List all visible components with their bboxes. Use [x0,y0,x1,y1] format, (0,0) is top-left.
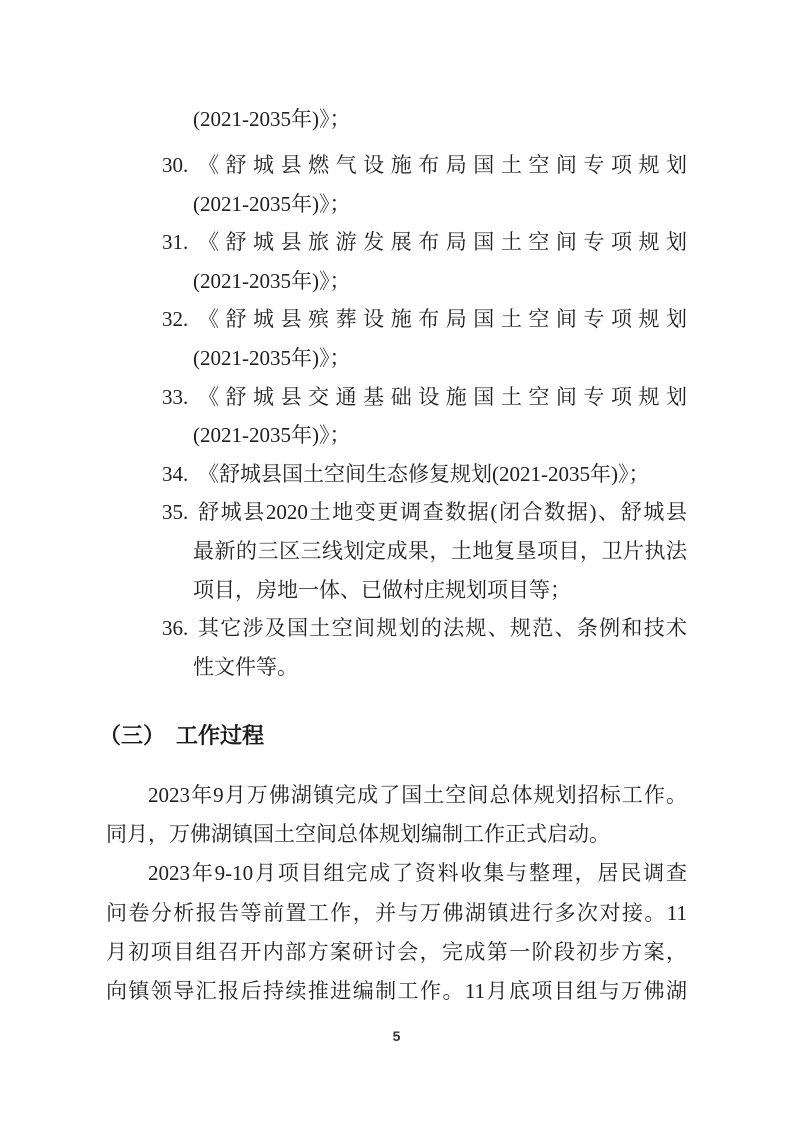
item-title-line: 《舒城县国土空间生态修复规划(2021-2035年)》； [198,455,687,494]
item-title-line: 其它涉及国土空间规划的法规、规范、条例和技术 [198,609,687,648]
list-item-33: 33. 《舒城县交通基础设施国土空间专项规划 [106,378,687,417]
paragraph-line: 向镇领导汇报后持续推进编制工作。11月底项目组与万佛湖 [106,972,687,1011]
item-continuation-line: (2021-2035年)》； [193,339,687,378]
item-title-line: 《舒城县交通基础设施国土空间专项规划 [198,378,687,417]
item-continuation-line: (2021-2035年)》； [193,262,687,301]
item-title-line: 舒城县2020土地变更调查数据(闭合数据)、舒城县 [198,493,687,532]
item-title-line: 《舒城县旅游发展布局国土空间专项规划 [198,223,687,262]
paragraph-line: 月初项目组召开内部方案研讨会，完成第一阶段初步方案， [106,933,687,972]
section-heading: （三） 工作过程 [99,722,264,750]
list-item-34: 34. 《舒城县国土空间生态修复规划(2021-2035年)》； [106,455,687,494]
list-line: 性文件等。 [106,648,687,687]
list-item-31: 31. 《舒城县旅游发展布局国土空间专项规划 [106,223,687,262]
item-continuation-line: 项目，房地一体、已做村庄规划项目等； [193,571,687,610]
item-continuation-line: (2021-2035年)》； [193,185,687,224]
reference-list: (2021-2035年)》； 30. 《舒城县燃气设施布局国土空间专项规划 (2… [106,100,687,686]
page-number: 5 [0,1028,793,1044]
list-item-35: 35. 舒城县2020土地变更调查数据(闭合数据)、舒城县 [106,493,687,532]
body-paragraphs: 2023年9月万佛湖镇完成了国土空间总体规划招标工作。 同月，万佛湖镇国土空间总… [106,776,687,1011]
paragraph-line: 问卷分析报告等前置工作，并与万佛湖镇进行多次对接。11 [106,894,687,933]
list-item-30: 30. 《舒城县燃气设施布局国土空间专项规划 [106,146,687,185]
item-number: 36. [162,609,188,648]
list-line: (2021-2035年)》； [106,339,687,378]
item-number: 30. [162,146,188,185]
list-line: (2021-2035年)》； [106,185,687,224]
list-item-32: 32. 《舒城县殡葬设施布局国土空间专项规划 [106,300,687,339]
item-number: 31. [162,223,188,262]
item-continuation-line: (2021-2035年)》； [193,416,687,455]
paragraph-line: 2023年9-10月项目组完成了资料收集与整理，居民调查 [106,854,687,893]
item-number: 33. [162,378,188,417]
item-title-line: 《舒城县燃气设施布局国土空间专项规划 [198,146,687,185]
list-line: (2021-2035年)》； [106,100,687,139]
item-number: 34. [162,455,188,494]
list-line: (2021-2035年)》； [106,416,687,455]
item-number: 32. [162,300,188,339]
document-page: (2021-2035年)》； 30. 《舒城县燃气设施布局国土空间专项规划 (2… [0,0,793,1122]
list-line: 项目，房地一体、已做村庄规划项目等； [106,571,687,610]
list-line: (2021-2035年)》； [106,262,687,301]
list-line: 最新的三区三线划定成果，土地复垦项目，卫片执法 [106,532,687,571]
paragraph-line: 同月，万佛湖镇国土空间总体规划编制工作正式启动。 [106,815,687,854]
paragraph-line: 2023年9月万佛湖镇完成了国土空间总体规划招标工作。 [106,776,687,815]
item-continuation-line: 最新的三区三线划定成果，土地复垦项目，卫片执法 [193,532,687,571]
list-line-text: (2021-2035年)》； [193,100,687,139]
item-continuation-line: 性文件等。 [193,648,687,687]
item-title-line: 《舒城县殡葬设施布局国土空间专项规划 [198,300,687,339]
list-item-36: 36. 其它涉及国土空间规划的法规、规范、条例和技术 [106,609,687,648]
item-number: 35. [162,493,188,532]
